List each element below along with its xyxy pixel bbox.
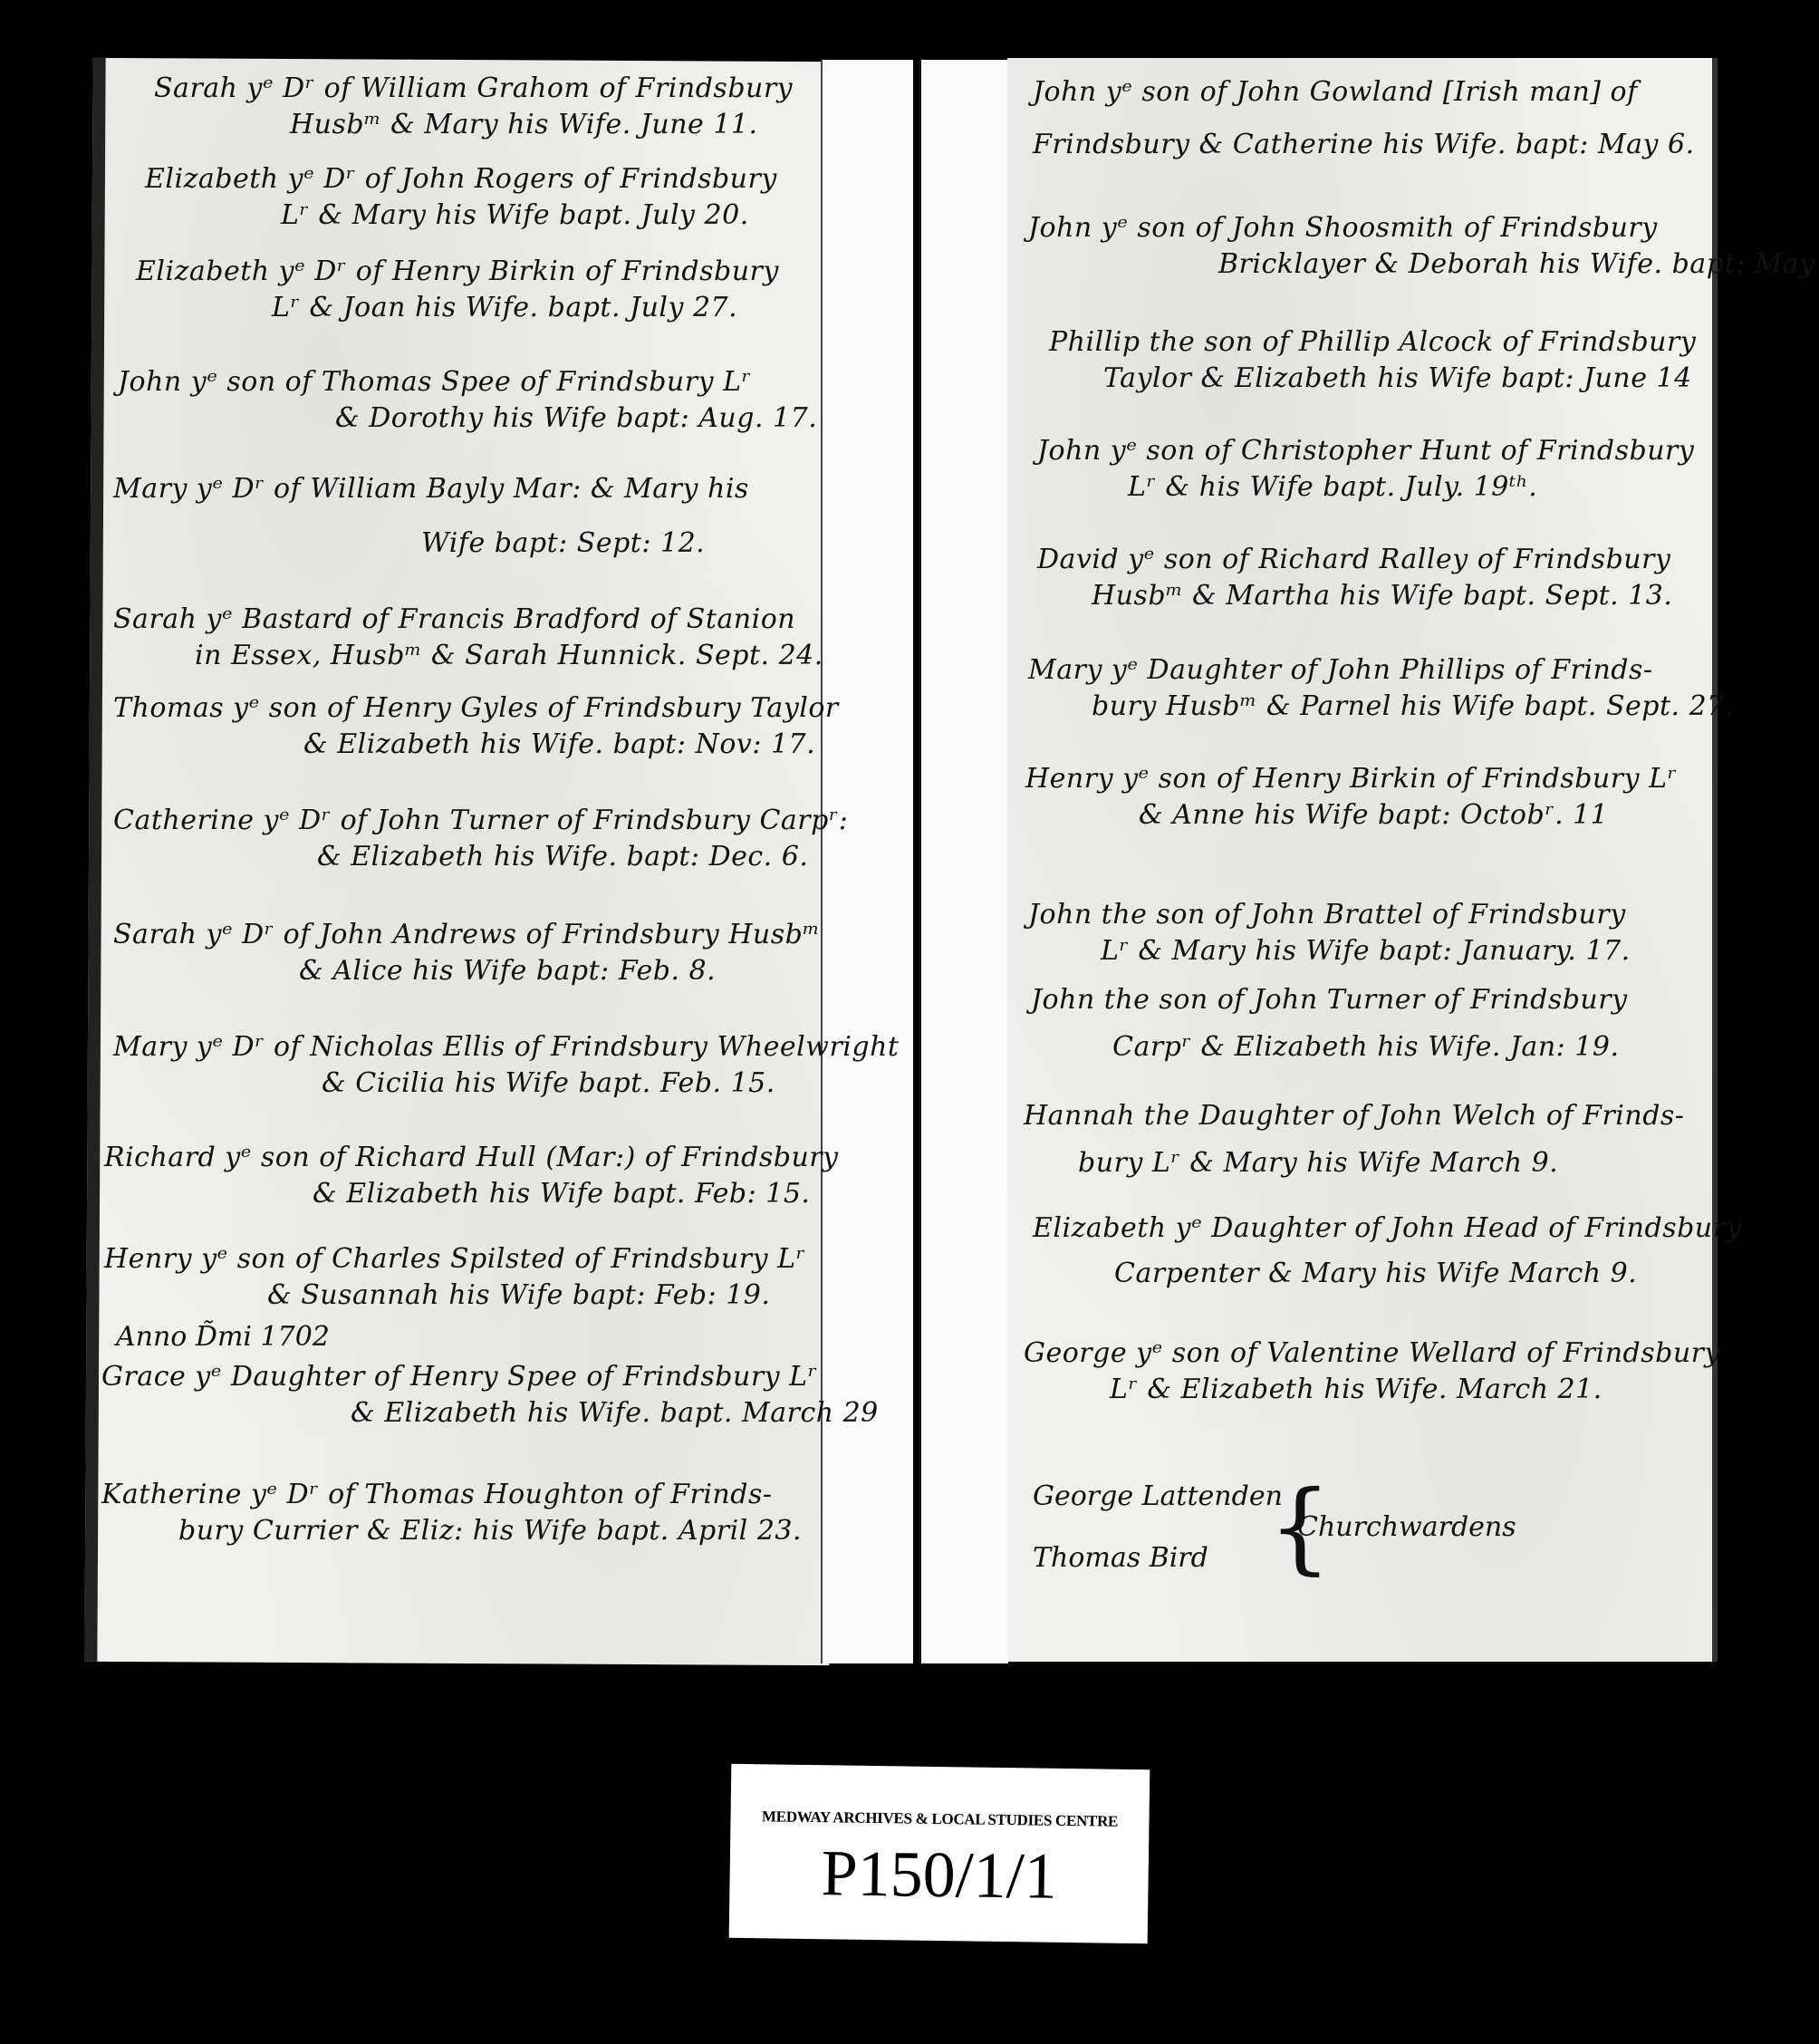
baptism-entry: Katherine yᵉ Dʳ of Thomas Houghton of Fr…: [101, 1477, 802, 1549]
baptism-entry: Thomas yᵉ son of Henry Gyles of Frindsbu…: [113, 690, 839, 763]
binding-strip-right: [919, 60, 1008, 1663]
baptism-entry: Elizabeth yᵉ Dʳ of Henry Birkin of Frind…: [136, 254, 779, 326]
archive-reference-label: MEDWAY ARCHIVES & LOCAL STUDIES CENTRE P…: [729, 1764, 1150, 1943]
baptism-entry: Sarah yᵉ Bastard of Francis Bradford of …: [113, 602, 823, 674]
baptism-entry: John yᵉ son of Christopher Hunt of Frind…: [1037, 433, 1694, 506]
baptism-entry: John yᵉ son of Thomas Spee of Frindsbury…: [118, 364, 817, 437]
baptism-entry: John yᵉ son of John Shoosmith of Frindsb…: [1028, 210, 1819, 283]
baptism-entry: Mary yᵉ Dʳ of Nicholas Ellis of Frindsbu…: [113, 1029, 899, 1102]
archive-organization: MEDWAY ARCHIVES & LOCAL STUDIES CENTRE: [730, 1808, 1149, 1831]
churchwarden-signature: George Lattenden: [1033, 1479, 1283, 1515]
baptism-entry: Sarah yᵉ Dʳ of William Grahom of Frindsb…: [154, 71, 793, 143]
baptism-entry: Elizabeth yᵉ Dʳ of John Rogers of Frinds…: [145, 161, 777, 234]
baptism-entry: George yᵉ son of Valentine Wellard of Fr…: [1024, 1335, 1720, 1408]
baptism-entry: Catherine yᵉ Dʳ of John Turner of Frinds…: [113, 803, 848, 875]
churchwardens-role: Churchwardens: [1297, 1509, 1516, 1546]
baptism-entry: Sarah yᵉ Dʳ of John Andrews of Frindsbur…: [113, 917, 820, 989]
baptism-entry: Mary yᵉ Dʳ of William Bayly Mar: & Mary …: [113, 471, 749, 562]
baptism-entry: Phillip the son of Phillip Alcock of Fri…: [1049, 324, 1696, 397]
baptism-entry: John yᵉ son of John Gowland [Irish man] …: [1033, 74, 1695, 163]
baptism-entry: Mary yᵉ Daughter of John Phillips of Fri…: [1028, 652, 1734, 725]
baptism-entry: Elizabeth yᵉ Daughter of John Head of Fr…: [1033, 1210, 1742, 1292]
baptism-entry: David yᵉ son of Richard Ralley of Frinds…: [1037, 542, 1672, 614]
archive-reference-number: P150/1/1: [729, 1835, 1149, 1915]
churchwarden-signature: Thomas Bird: [1033, 1540, 1208, 1576]
year-heading: Anno D̃mi 1702: [116, 1321, 330, 1353]
baptism-entry: Grace yᵉ Daughter of Henry Spee of Frind…: [101, 1359, 879, 1432]
baptism-entry: Hannah the Daughter of John Welch of Fri…: [1024, 1098, 1684, 1181]
baptism-entry: Henry yᵉ son of Henry Birkin of Frindsbu…: [1025, 761, 1677, 834]
right-register-page: [1007, 58, 1718, 1662]
baptism-entry: John the son of John Turner of Frindsbur…: [1031, 982, 1628, 1065]
baptism-entry: Richard yᵉ son of Richard Hull (Mar:) of…: [104, 1140, 839, 1212]
baptism-entry: Henry yᵉ son of Charles Spilsted of Frin…: [104, 1241, 805, 1314]
baptism-entry: John the son of John Brattel of Frindsbu…: [1028, 897, 1631, 969]
